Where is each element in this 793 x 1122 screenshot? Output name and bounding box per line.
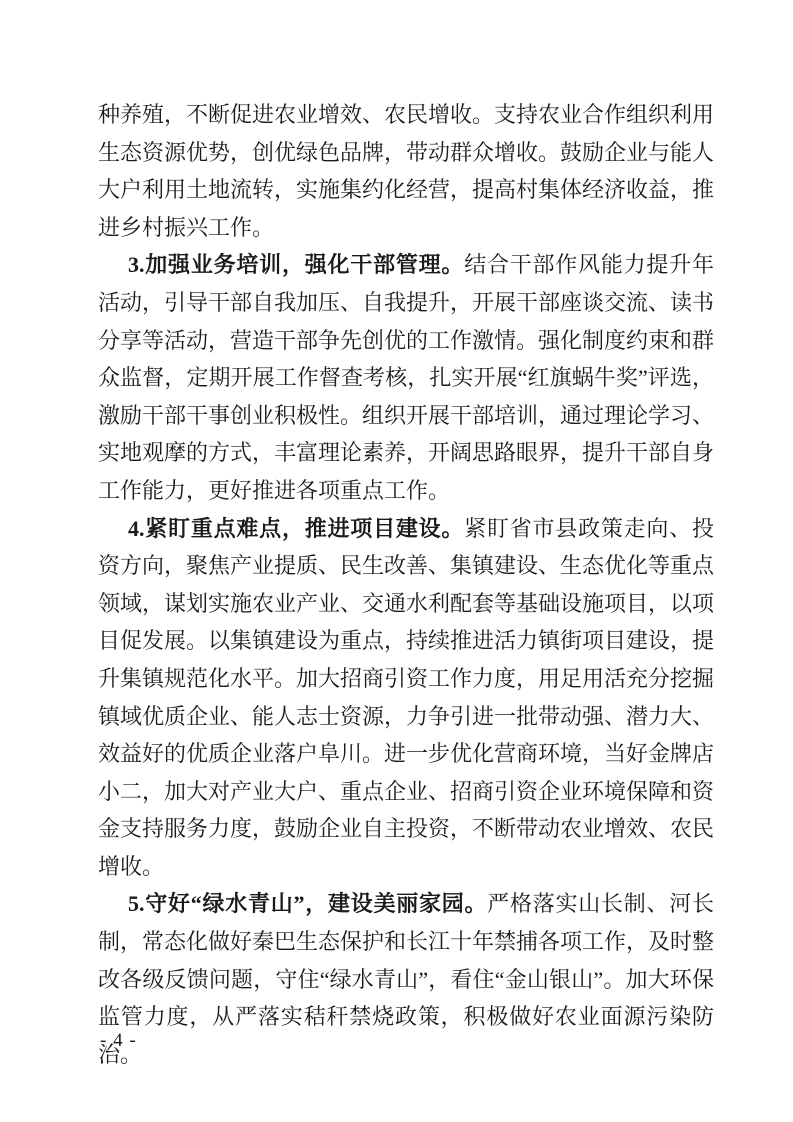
paragraph: 种养殖，不断促进农业增效、农民增收。支持农业合作组织利用生态资源优势，创优绿色品…	[98, 96, 714, 246]
document-page: 种养殖，不断促进农业增效、农民增收。支持农业合作组织利用生态资源优势，创优绿色品…	[0, 0, 793, 1122]
paragraph-text: 严格落实山长制、河长制，常态化做好秦巴生态保护和长江十年禁捕各项工作，及时整改各…	[98, 891, 714, 1066]
paragraph: 4.紧盯重点难点，推进项目建设。紧盯省市县政策走向、投资方向，聚焦产业提质、民生…	[98, 510, 714, 886]
document-body: 种养殖，不断促进农业增效、农民增收。支持农业合作组织利用生态资源优势，创优绿色品…	[98, 96, 714, 1073]
paragraph-heading: 3.加强业务培训，强化干部管理。	[128, 252, 464, 277]
paragraph-heading: 4.紧盯重点难点，推进项目建设。	[128, 516, 464, 541]
paragraph-text: 种养殖，不断促进农业增效、农民增收。支持农业合作组织利用生态资源优势，创优绿色品…	[98, 102, 714, 240]
paragraph-heading: 5.守好“绿水青山”，建设美丽家园。	[128, 891, 487, 916]
page-number: - 4 -	[100, 1029, 137, 1053]
paragraph: 5.守好“绿水青山”，建设美丽家园。严格落实山长制、河长制，常态化做好秦巴生态保…	[98, 885, 714, 1073]
paragraph-text: 紧盯省市县政策走向、投资方向，聚焦产业提质、民生改善、集镇建设、生态优化等重点领…	[98, 516, 714, 879]
paragraph: 3.加强业务培训，强化干部管理。结合干部作风能力提升年活动，引导干部自我加压、自…	[98, 246, 714, 509]
paragraph-text: 结合干部作风能力提升年活动，引导干部自我加压、自我提升，开展干部座谈交流、读书分…	[98, 252, 714, 503]
